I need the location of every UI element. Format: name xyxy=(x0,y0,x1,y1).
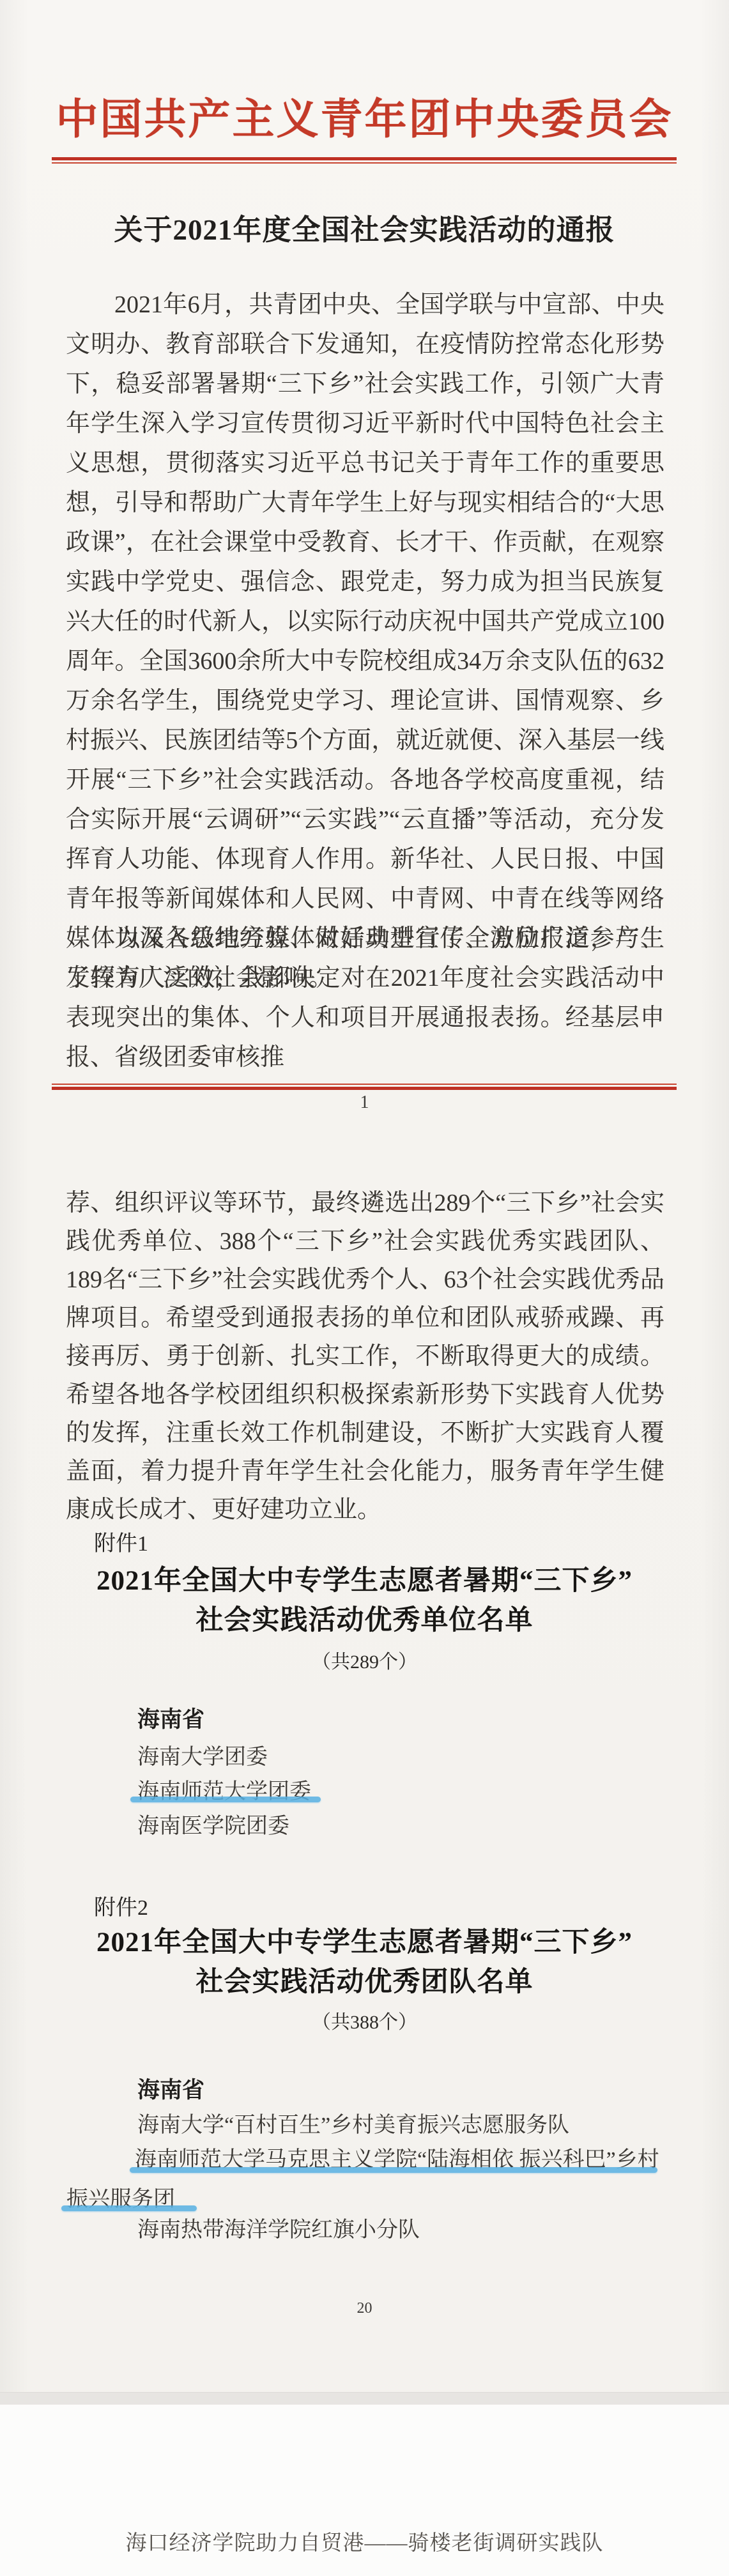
attachment2-count: （共388个） xyxy=(0,2006,729,2034)
body-paragraph-1: 2021年6月，共青团中央、全国学联与中宣部、中央文明办、教育部联合下发通知，在… xyxy=(66,285,664,998)
attachment2-item: 海南热带海洋学院红旗小分队 xyxy=(137,2212,420,2243)
attachment1-count: （共289个） xyxy=(0,1646,729,1674)
page-number-first: 1 xyxy=(0,1092,729,1113)
attachment1-title-line2: 社会实践活动优秀单位名单 xyxy=(0,1598,729,1637)
attachment2-item: 海南大学“百村百生”乡村美育振兴志愿服务队 xyxy=(137,2107,569,2138)
document-title: 关于2021年度全国社会实践活动的通报 xyxy=(0,206,729,248)
attachment2-title-line2: 社会实践活动优秀团队名单 xyxy=(0,1960,729,1999)
attachment1-province-heading: 海南省 xyxy=(137,1702,204,1734)
scanned-document: { "letterhead": { "org": "中国共产主义青年团中央委员会… xyxy=(0,0,729,2576)
attachment1-title-line1: 2021年全国大中专学生志愿者暑期“三下乡” xyxy=(0,1559,729,1598)
attachment1-item: 海南大学团委 xyxy=(137,1739,268,1770)
highlight-underline xyxy=(130,1797,321,1802)
attachment2-province-heading: 海南省 xyxy=(137,2073,204,2104)
attachment2-title-line1: 2021年全国大中专学生志愿者暑期“三下乡” xyxy=(0,1920,729,1959)
page-number-second: 20 xyxy=(0,2300,729,2317)
footer-caption: 海口经济学院助力自贸港——骑楼老街调研实践队 xyxy=(0,2526,729,2556)
letterhead-title: 中国共产主义青年团中央委员会 xyxy=(0,98,729,142)
red-divider-bottom xyxy=(52,1084,677,1090)
highlight-underline xyxy=(61,2205,197,2211)
body-paragraph-continued: 荐、组织评议等环节，最终遴选出289个“三下乡”社会实践优秀单位、388个“三下… xyxy=(66,1184,664,1529)
attachment1-label: 附件1 xyxy=(94,1526,148,1557)
body-paragraph-2: 为深入总结经验、做好典型宣传、激励广泛参与、发挥育人实效，我部决定对在2021年… xyxy=(66,919,664,1077)
attachment1-item: 海南医学院团委 xyxy=(137,1808,289,1839)
red-divider-top xyxy=(52,157,677,164)
attachment2-label: 附件2 xyxy=(94,1890,148,1921)
page-separator-band xyxy=(0,2392,729,2405)
highlight-underline xyxy=(130,2167,657,2173)
